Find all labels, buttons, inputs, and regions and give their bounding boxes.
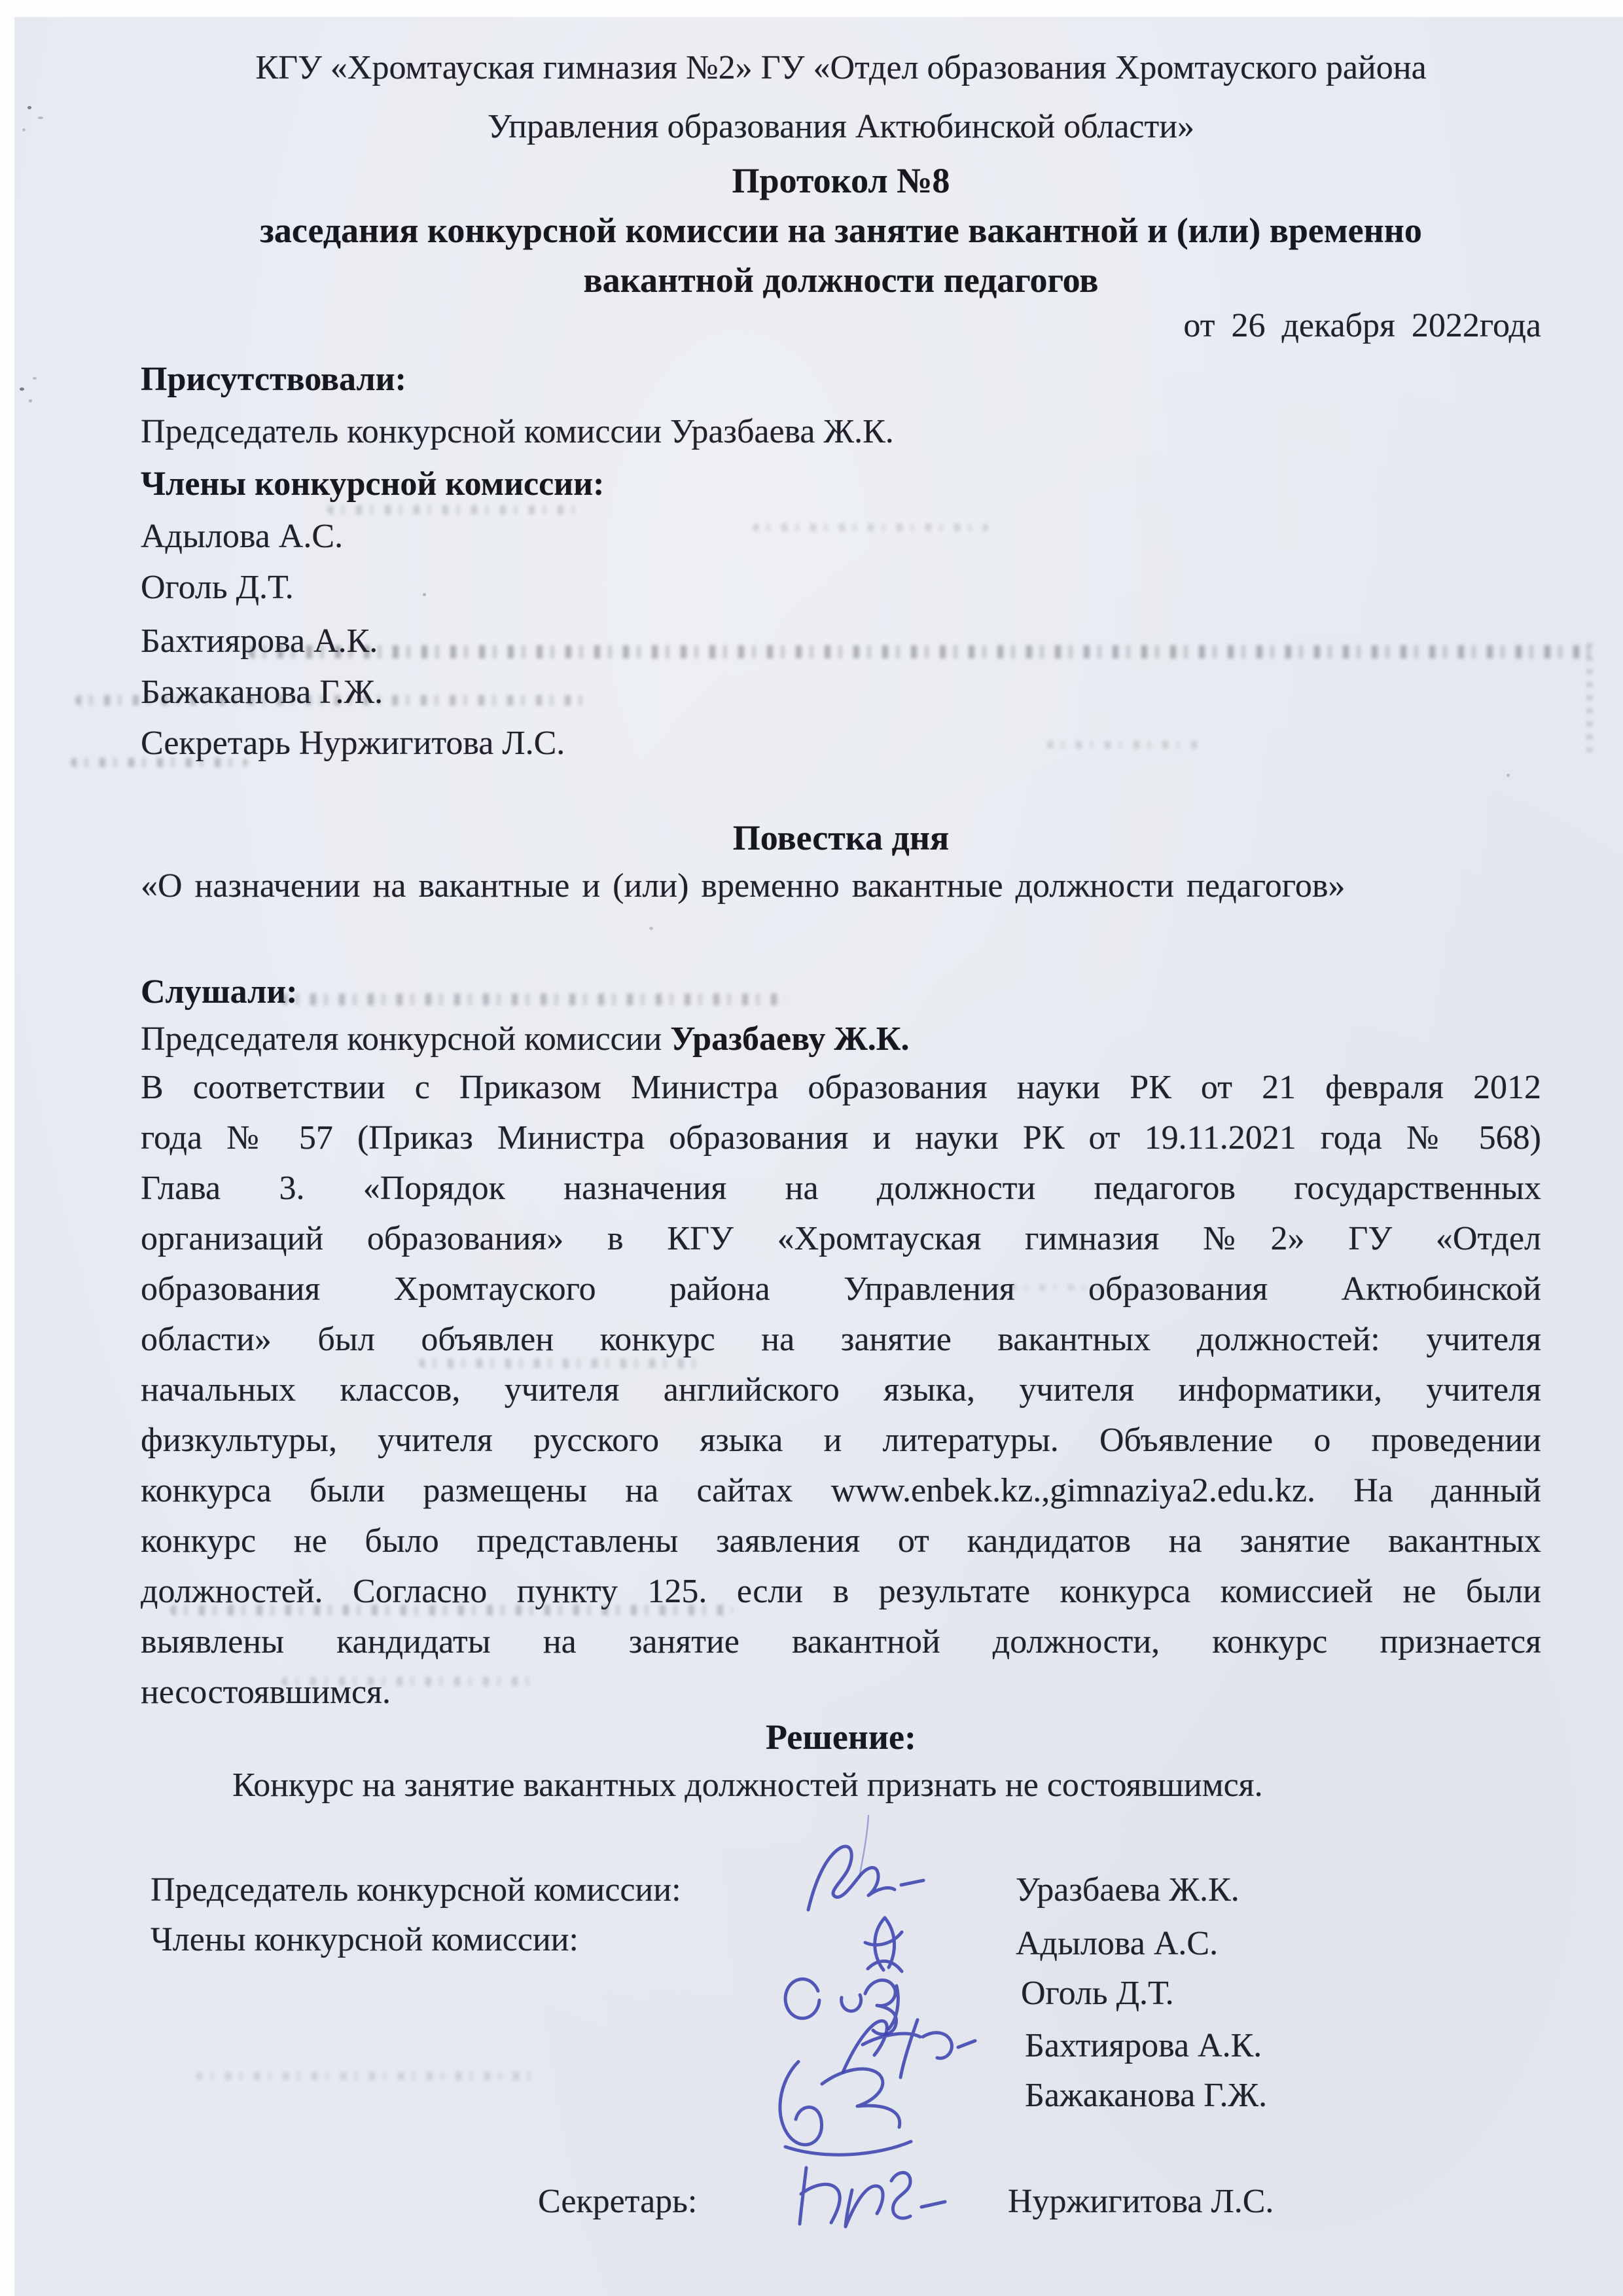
dust-speck [33,377,37,380]
hearing-speaker-name: Уразбаеву Ж.К. [670,1020,909,1058]
scan-smudge [281,1677,537,1686]
protocol-title: Протокол №8 [141,160,1541,202]
signature-members-label: Члены конкурсной комиссии: [151,1919,579,1961]
attendee-member: Адылова А.С. [141,516,343,558]
dust-speck [20,387,24,391]
body-line: конкурс не было представлены заявления о… [141,1520,1541,1569]
protocol-subtitle-line1: заседания конкурсной комиссии на занятие… [141,209,1541,251]
scan-smudge [1586,641,1593,753]
org-name-line1: КГУ «Хромтауская гимназия №2» ГУ «Отдел … [141,47,1541,89]
scan-smudge [170,1605,733,1615]
signature-chairman-label: Председатель конкурсной комиссии: [151,1869,681,1911]
protocol-subtitle-line2: вакантной должности педагогов [141,259,1541,301]
scan-smudge [75,695,586,706]
decision-text: Конкурс на занятие вакантных должностей … [232,1765,1263,1806]
body-line: выявлены кандидаты на занятие вакантной … [141,1621,1541,1670]
dust-speck [649,927,653,930]
body-line: организаций образования» в КГУ «Хромтаус… [141,1218,1541,1266]
dust-speck [423,593,426,596]
dust-speck [29,399,32,403]
scan-smudge [419,1359,700,1368]
attendee-member: Оголь Д.Т. [141,567,294,609]
scan-smudge [327,505,576,514]
body-line: физкультуры, учителя русского языка и ли… [141,1420,1541,1468]
signature-chairman-name: Уразбаева Ж.К. [1016,1869,1240,1911]
hearing-heading: Слушали: [141,971,298,1013]
body-line: образования Хромтауского района Управлен… [141,1268,1541,1317]
dust-speck [1507,774,1510,777]
agenda-item: «О назначении на вакантные и (или) време… [141,865,1345,907]
body-line: начальных классов, учителя английского я… [141,1369,1541,1418]
body-line: области» был объявлен конкурс на занятие… [141,1319,1541,1367]
agenda-heading: Повестка дня [141,817,1541,859]
signature-secretary-name: Нуржигитова Л.С. [1008,2181,1274,2223]
signature-secretary-label: Секретарь: [538,2181,697,2223]
dust-speck [27,106,31,109]
dust-speck [1088,73,1091,77]
scan-smudge [71,758,247,767]
hearing-speaker-prefix: Председателя конкурсной комиссии [141,1020,670,1058]
signature-member-name: Адылова А.С. [1016,1923,1218,1965]
signature-member-name: Оголь Д.Т. [1021,1973,1174,2015]
hearing-speaker-line: Председателя конкурсной комиссии Уразбае… [141,1018,910,1060]
body-line: года № 57 (Приказ Министра образования и… [141,1117,1541,1166]
attendees-chairman: Председатель конкурсной комиссии Уразбае… [141,411,894,453]
body-line: В соответствии с Приказом Министра образ… [141,1067,1541,1115]
scan-smudge [982,1284,1178,1291]
dust-speck [22,128,26,132]
attendees-heading: Присутствовали: [141,359,406,401]
attendees-members-heading: Члены конкурсной комиссии: [141,463,604,505]
scan-smudge [753,524,988,531]
scanned-document-page: КГУ «Хромтауская гимназия №2» ГУ «Отдел … [0,0,1623,2296]
dust-speck [38,117,43,119]
scan-smudge [249,645,1590,658]
org-name-line2: Управления образования Актюбинской облас… [141,106,1541,148]
secretary-signature-ink [785,2142,969,2250]
scan-smudge [1047,741,1204,749]
scan-smudge [196,2072,537,2080]
protocol-date: от 26 декабря 2022года [141,305,1541,347]
scan-smudge [281,994,785,1005]
signature-member-name: Бахтиярова А.К. [1025,2025,1262,2067]
body-line: конкурса были размещены на сайтах www.en… [141,1470,1541,1518]
body-line: Глава 3. «Порядок назначения на должност… [141,1168,1541,1216]
decision-heading: Решение: [141,1716,1541,1758]
signature-member-name: Бажаканова Г.Ж. [1025,2075,1267,2117]
attendee-member: Бажаканова Г.Ж. [141,672,383,713]
